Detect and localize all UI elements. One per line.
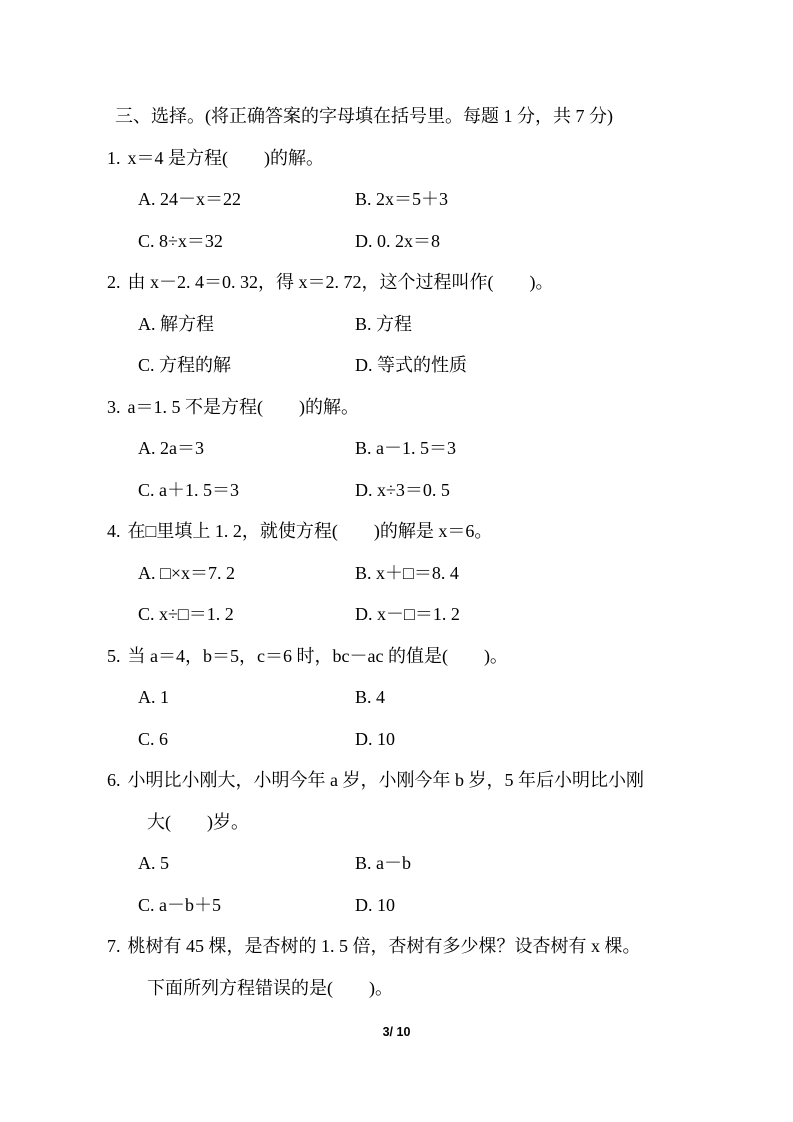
question-6: 6.小明比小刚大，小明今年 a 岁，小刚今年 b 岁，5 年后小明比小刚 大( … <box>107 760 693 926</box>
question-4-stem: 在□里填上 1. 2，就使方程( )的解是 x＝6。 <box>128 521 493 541</box>
question-3-option-d: D. x÷3＝0. 5 <box>355 470 693 512</box>
question-6-stem: 小明比小刚大，小明今年 a 岁，小刚今年 b 岁，5 年后小明比小刚 <box>128 770 645 790</box>
question-6-option-d: D. 10 <box>355 885 693 927</box>
question-4-option-a: A. □×x＝7. 2 <box>138 553 355 595</box>
question-7: 7.桃树有 45 棵，是杏树的 1. 5 倍，杏树有多少棵？设杏树有 x 棵。 … <box>107 926 693 1009</box>
question-2-option-c: C. 方程的解 <box>138 345 355 387</box>
question-7-text-line2: 下面所列方程错误的是( )。 <box>107 968 693 1010</box>
question-6-text-line2: 大( )岁。 <box>107 802 693 844</box>
question-3-option-c: C. a＋1. 5＝3 <box>138 470 355 512</box>
question-5-option-c: C. 6 <box>138 719 355 761</box>
question-5-option-a: A. 1 <box>138 677 355 719</box>
question-1-option-d: D. 0. 2x＝8 <box>355 221 693 263</box>
question-4-option-d: D. x－□＝1. 2 <box>355 594 693 636</box>
question-3-stem: a＝1. 5 不是方程( )的解。 <box>128 397 359 417</box>
question-3-option-a: A. 2a＝3 <box>138 428 355 470</box>
question-2-stem: 由 x－2. 4＝0. 32，得 x＝2. 72，这个过程叫作( )。 <box>128 272 554 292</box>
question-5-option-d: D. 10 <box>355 719 693 761</box>
question-7-text: 7.桃树有 45 棵，是杏树的 1. 5 倍，杏树有多少棵？设杏树有 x 棵。 <box>107 926 693 968</box>
question-3-text: 3.a＝1. 5 不是方程( )的解。 <box>107 387 693 429</box>
question-2-text: 2.由 x－2. 4＝0. 32，得 x＝2. 72，这个过程叫作( )。 <box>107 262 693 304</box>
question-4-option-b: B. x＋□＝8. 4 <box>355 553 693 595</box>
question-1-option-b: B. 2x＝5＋3 <box>355 179 693 221</box>
page-number: 3/ 10 <box>0 1022 793 1042</box>
question-6-option-b: B. a－b <box>355 843 693 885</box>
question-7-number: 7. <box>107 936 121 956</box>
question-2-option-d: D. 等式的性质 <box>355 345 693 387</box>
question-7-stem: 桃树有 45 棵，是杏树的 1. 5 倍，杏树有多少棵？设杏树有 x 棵。 <box>128 936 641 956</box>
question-5-text: 5.当 a＝4，b＝5，c＝6 时，bc－ac 的值是( )。 <box>107 636 693 678</box>
question-1-text: 1.x＝4 是方程( )的解。 <box>107 138 693 180</box>
question-6-options: A. 5 B. a－b C. a－b＋5 D. 10 <box>138 843 693 926</box>
question-4-number: 4. <box>107 521 121 541</box>
question-5-number: 5. <box>107 646 121 666</box>
question-1: 1.x＝4 是方程( )的解。 A. 24－x＝22 B. 2x＝5＋3 C. … <box>107 138 693 263</box>
question-4: 4.在□里填上 1. 2，就使方程( )的解是 x＝6。 A. □×x＝7. 2… <box>107 511 693 636</box>
question-3: 3.a＝1. 5 不是方程( )的解。 A. 2a＝3 B. a－1. 5＝3 … <box>107 387 693 512</box>
question-1-option-a: A. 24－x＝22 <box>138 179 355 221</box>
question-5: 5.当 a＝4，b＝5，c＝6 时，bc－ac 的值是( )。 A. 1 B. … <box>107 636 693 761</box>
worksheet-page: 三、选择。(将正确答案的字母填在括号里。每题 1 分，共 7 分) 1.x＝4 … <box>0 0 793 1122</box>
question-2-option-b: B. 方程 <box>355 304 693 346</box>
question-5-option-b: B. 4 <box>355 677 693 719</box>
question-6-number: 6. <box>107 770 121 790</box>
question-4-option-c: C. x÷□＝1. 2 <box>138 594 355 636</box>
question-2: 2.由 x－2. 4＝0. 32，得 x＝2. 72，这个过程叫作( )。 A.… <box>107 262 693 387</box>
question-6-option-c: C. a－b＋5 <box>138 885 355 927</box>
choice-section: 三、选择。(将正确答案的字母填在括号里。每题 1 分，共 7 分) 1.x＝4 … <box>107 96 693 1009</box>
question-1-option-c: C. 8÷x＝32 <box>138 221 355 263</box>
question-3-options: A. 2a＝3 B. a－1. 5＝3 C. a＋1. 5＝3 D. x÷3＝0… <box>138 428 693 511</box>
question-3-number: 3. <box>107 397 121 417</box>
question-4-text: 4.在□里填上 1. 2，就使方程( )的解是 x＝6。 <box>107 511 693 553</box>
question-4-options: A. □×x＝7. 2 B. x＋□＝8. 4 C. x÷□＝1. 2 D. x… <box>138 553 693 636</box>
section-heading: 三、选择。(将正确答案的字母填在括号里。每题 1 分，共 7 分) <box>107 96 693 138</box>
question-5-options: A. 1 B. 4 C. 6 D. 10 <box>138 677 693 760</box>
question-1-number: 1. <box>107 148 121 168</box>
question-1-stem: x＝4 是方程( )的解。 <box>128 148 325 168</box>
question-6-option-a: A. 5 <box>138 843 355 885</box>
question-6-text: 6.小明比小刚大，小明今年 a 岁，小刚今年 b 岁，5 年后小明比小刚 <box>107 760 693 802</box>
question-1-options: A. 24－x＝22 B. 2x＝5＋3 C. 8÷x＝32 D. 0. 2x＝… <box>138 179 693 262</box>
question-2-options: A. 解方程 B. 方程 C. 方程的解 D. 等式的性质 <box>138 304 693 387</box>
question-2-number: 2. <box>107 272 121 292</box>
question-3-option-b: B. a－1. 5＝3 <box>355 428 693 470</box>
question-5-stem: 当 a＝4，b＝5，c＝6 时，bc－ac 的值是( )。 <box>128 646 508 666</box>
question-2-option-a: A. 解方程 <box>138 304 355 346</box>
